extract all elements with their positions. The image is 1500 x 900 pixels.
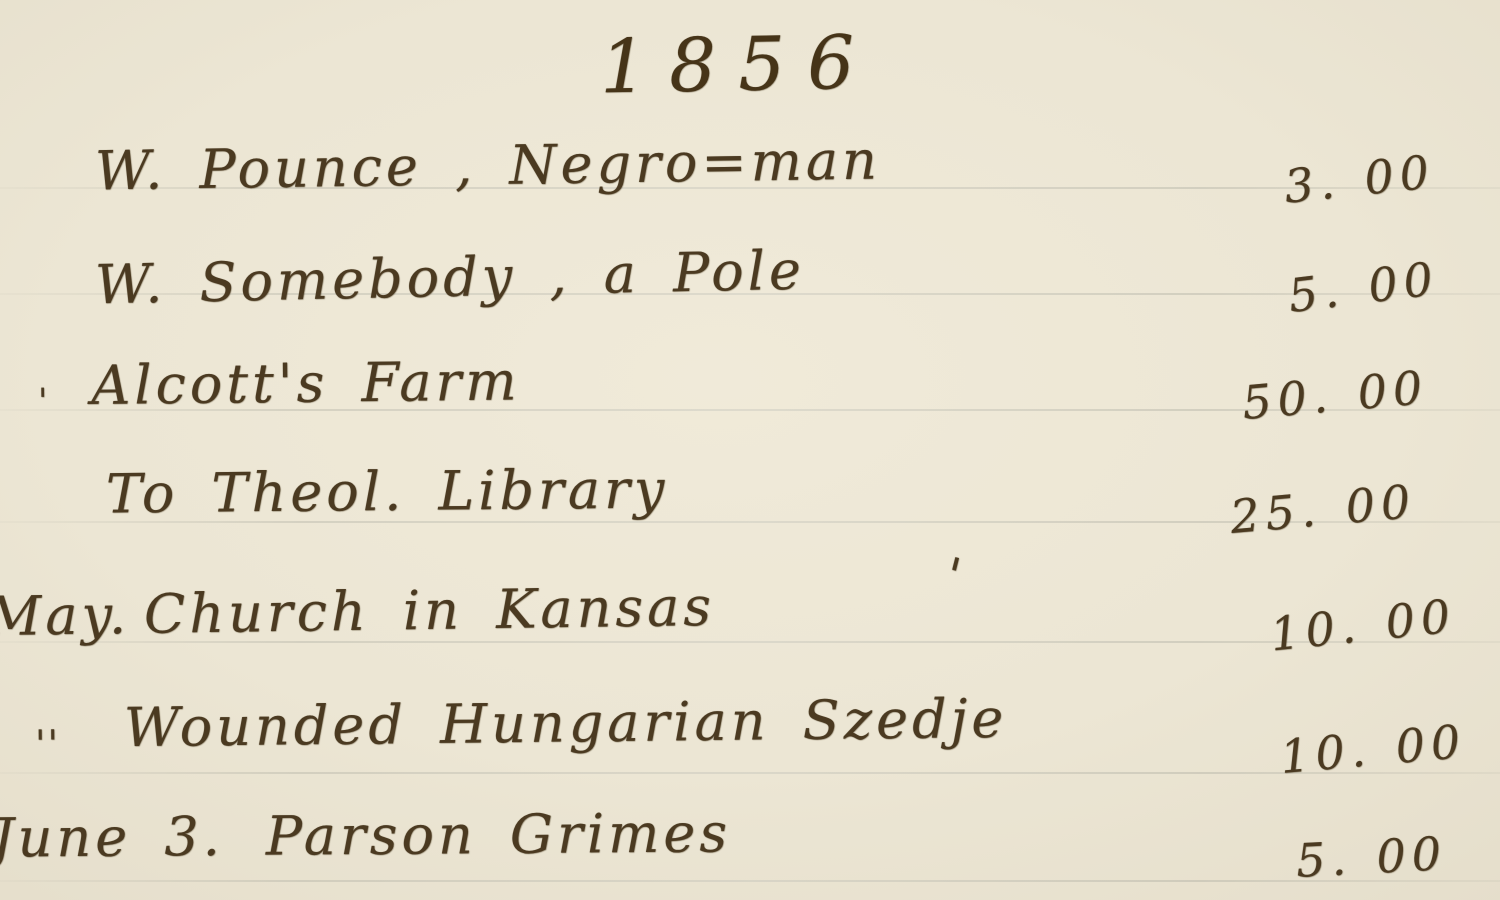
entry-description: Church in Kansas — [144, 579, 716, 644]
entry-amount: 5. 00 — [1295, 826, 1449, 888]
entry-amount: 25. 00 — [1228, 474, 1418, 544]
entry-description: Wounded Hungarian Szedje — [124, 691, 1008, 757]
entry-description: W. Somebody , a Pole — [94, 243, 805, 315]
entry-ditto-mark: '' — [35, 725, 60, 765]
page-title: 1856 — [599, 20, 877, 111]
entry-amount: 50. 00 — [1240, 360, 1430, 430]
ledger-entry: June 3. Parson Grimes — [0, 805, 731, 867]
ledger-entry: May. Church in Kansas — [0, 579, 715, 646]
ruled-line — [0, 772, 1500, 774]
entry-description: Alcott's Farm — [91, 353, 521, 414]
entry-amount: 10. 00 — [1268, 588, 1459, 661]
entry-date: June 3. — [0, 809, 224, 867]
entry-amount: 3. 00 — [1282, 144, 1438, 213]
entry-description: W. Pounce , Negro=man — [95, 133, 882, 201]
ledger-entry: ' Alcott's Farm — [38, 353, 521, 420]
ledger-entry: W. Somebody , a Pole — [94, 243, 805, 315]
entry-prefix: May. — [0, 587, 130, 646]
entry-amount: 5. 00 — [1285, 251, 1442, 323]
ledger-entry: To Theol. Library — [106, 462, 669, 524]
entry-amount: 10. 00 — [1278, 714, 1468, 784]
entry-prefix: ' — [38, 384, 52, 420]
ledger-entry: '' Wounded Hungarian Szedje — [35, 691, 1008, 765]
ruled-line — [0, 880, 1500, 882]
entry-description: To Theol. Library — [106, 462, 669, 524]
ledger-page: { "document": { "title": "1856", "entrie… — [0, 0, 1500, 900]
stray-ink-mark: ' — [939, 547, 965, 605]
ledger-entry: W. Pounce , Negro=man — [95, 133, 882, 201]
entry-description: Parson Grimes — [266, 805, 732, 865]
